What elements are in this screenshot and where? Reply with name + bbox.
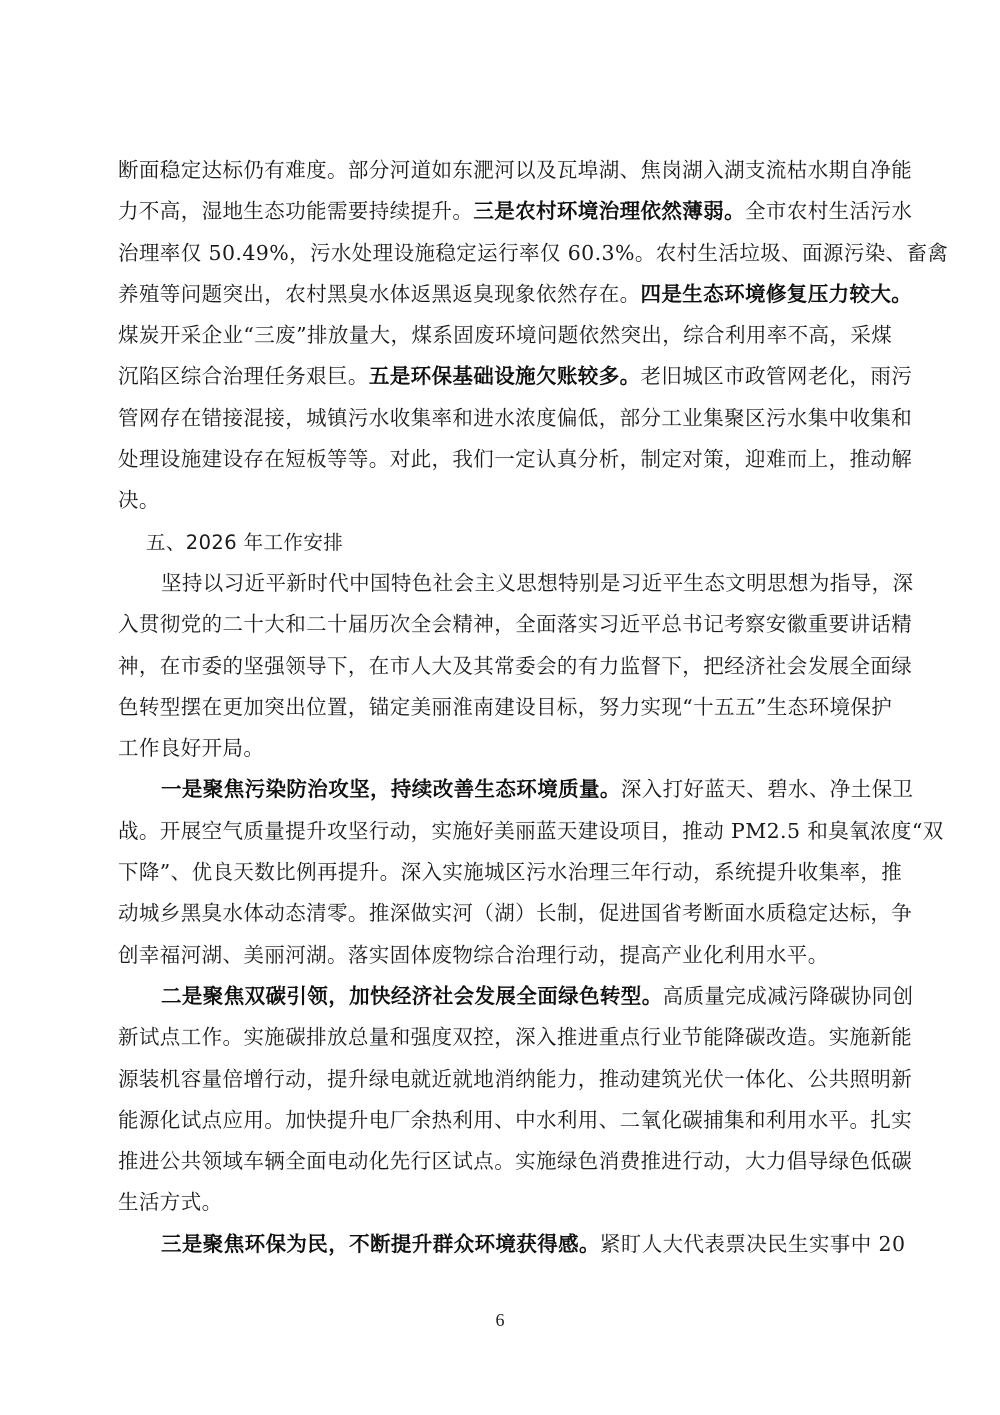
bold-lead-phrase: 四是生态环境修复压力较大。 [641, 282, 913, 306]
text-line: 管网存在错接混接，城镇污水收集率和进水浓度偏低，部分工业集聚区污水集中收集和 [118, 398, 882, 439]
text-line: 色转型摆在更加突出位置，锚定美丽淮南建设目标，努力实现“十五五”生态环境保护 [118, 687, 882, 728]
body-text: 神，在市委的坚强领导下，在市人大及其常委会的有力监督下，把经济社会发展全面绿 [118, 654, 912, 678]
bold-lead-phrase: 三是农村环境治理依然薄弱。 [473, 199, 745, 223]
body-text: 下降”、优良天数比例再提升。深入实施城区污水治理三年行动，系统提升收集率，推 [118, 860, 902, 884]
body-text: 紧盯人大代表票决民生实事中 20 [600, 1232, 906, 1256]
text-line: 入贯彻党的二十大和二十届历次全会精神，全面落实习近平总书记考察安徽重要讲话精 [118, 604, 882, 645]
body-text: 坚持以习近平新时代中国特色社会主义思想特别是习近平生态文明思想为指导，深 [161, 571, 913, 595]
body-text: 战。开展空气质量提升攻坚行动，实施好美丽蓝天建设项目，推动 PM2.5 和臭氧浓… [118, 819, 944, 843]
body-text: 管网存在错接混接，城镇污水收集率和进水浓度偏低，部分工业集聚区污水集中收集和 [118, 406, 912, 430]
body-text: 决。 [118, 488, 160, 512]
body-text: 新试点工作。实施碳排放总量和强度双控，深入推进重点行业节能降碳改造。实施新能 [118, 1025, 912, 1049]
text-line: 三是聚焦环保为民，不断提升群众环境获得感。紧盯人大代表票决民生实事中 20 [118, 1224, 882, 1265]
section-heading: 五、2026 年工作安排 [118, 522, 882, 563]
body-text: 老旧城区市政管网老化，雨污 [641, 364, 913, 388]
body-text: 源装机容量倍增行动，提升绿电就近就地消纳能力，推动建筑光伏一体化、公共照明新 [118, 1067, 912, 1091]
text-line: 源装机容量倍增行动，提升绿电就近就地消纳能力，推动建筑光伏一体化、公共照明新 [118, 1059, 882, 1100]
body-text: 创幸福河湖、美丽河湖。落实固体废物综合治理行动，提高产业化利用水平。 [118, 943, 829, 967]
text-line: 处理设施建设存在短板等等。对此，我们一定认真分析，制定对策，迎难而上，推动解 [118, 439, 882, 480]
document-page: 断面稳定达标仍有难度。部分河道如东淝河以及瓦埠湖、焦岗湖入湖支流枯水期自净能力不… [118, 150, 882, 1265]
text-line: 动城乡黑臭水体动态清零。推深做实河（湖）长制，促进国省考断面水质稳定达标，争 [118, 893, 882, 934]
body-text: 生活方式。 [118, 1190, 223, 1214]
text-line: 养殖等问题突出，农村黑臭水体返黑返臭现象依然存在。四是生态环境修复压力较大。 [118, 274, 882, 315]
body-text: 治理率仅 50.49%，污水处理设施稳定运行率仅 60.3%。农村生活垃圾、面源… [118, 241, 948, 265]
body-text: 工作良好开局。 [118, 736, 264, 760]
page-number: 6 [0, 1310, 1000, 1331]
text-line: 工作良好开局。 [118, 728, 882, 769]
text-line: 沉陷区综合治理任务艰巨。五是环保基础设施欠账较多。老旧城区市政管网老化，雨污 [118, 356, 882, 397]
body-text: 高质量完成减污降碳协同创 [663, 984, 914, 1008]
body-text: 养殖等问题突出，农村黑臭水体返黑返臭现象依然存在。 [118, 282, 641, 306]
body-text: 断面稳定达标仍有难度。部分河道如东淝河以及瓦埠湖、焦岗湖入湖支流枯水期自净能 [118, 158, 912, 182]
text-line: 坚持以习近平新时代中国特色社会主义思想特别是习近平生态文明思想为指导，深 [118, 563, 882, 604]
text-line: 二是聚焦双碳引领，加快经济社会发展全面绿色转型。高质量完成减污降碳协同创 [118, 976, 882, 1017]
text-line: 神，在市委的坚强领导下，在市人大及其常委会的有力监督下，把经济社会发展全面绿 [118, 646, 882, 687]
bold-lead-phrase: 二是聚焦双碳引领，加快经济社会发展全面绿色转型。 [161, 984, 663, 1008]
text-line: 决。 [118, 480, 882, 521]
text-line: 断面稳定达标仍有难度。部分河道如东淝河以及瓦埠湖、焦岗湖入湖支流枯水期自净能 [118, 150, 882, 191]
body-text: 处理设施建设存在短板等等。对此，我们一定认真分析，制定对策，迎难而上，推动解 [118, 447, 912, 471]
body-text: 深入打好蓝天、碧水、净土保卫 [621, 777, 914, 801]
text-line: 一是聚焦污染防治攻坚，持续改善生态环境质量。深入打好蓝天、碧水、净土保卫 [118, 769, 882, 810]
text-line: 生活方式。 [118, 1182, 882, 1223]
bold-lead-phrase: 三是聚焦环保为民，不断提升群众环境获得感。 [161, 1232, 600, 1256]
text-line: 下降”、优良天数比例再提升。深入实施城区污水治理三年行动，系统提升收集率，推 [118, 852, 882, 893]
body-text: 推进公共领域车辆全面电动化先行区试点。实施绿色消费推进行动，大力倡导绿色低碳 [118, 1149, 912, 1173]
text-line: 治理率仅 50.49%，污水处理设施稳定运行率仅 60.3%。农村生活垃圾、面源… [118, 233, 882, 274]
body-text: 力不高，湿地生态功能需要持续提升。 [118, 199, 473, 223]
body-text: 动城乡黑臭水体动态清零。推深做实河（湖）长制，促进国省考断面水质稳定达标，争 [118, 901, 912, 925]
text-line: 战。开展空气质量提升攻坚行动，实施好美丽蓝天建设项目，推动 PM2.5 和臭氧浓… [118, 811, 882, 852]
body-text: 入贯彻党的二十大和二十届历次全会精神，全面落实习近平总书记考察安徽重要讲话精 [118, 612, 912, 636]
text-line: 推进公共领域车辆全面电动化先行区试点。实施绿色消费推进行动，大力倡导绿色低碳 [118, 1141, 882, 1182]
body-text: 全市农村生活污水 [745, 199, 912, 223]
text-line: 煤炭开采企业“三废”排放量大，煤系固废环境问题依然突出，综合利用率不高，采煤 [118, 315, 882, 356]
bold-lead-phrase: 五是环保基础设施欠账较多。 [369, 364, 641, 388]
body-text: 色转型摆在更加突出位置，锚定美丽淮南建设目标，努力实现“十五五”生态环境保护 [118, 695, 892, 719]
text-line: 创幸福河湖、美丽河湖。落实固体废物综合治理行动，提高产业化利用水平。 [118, 935, 882, 976]
text-line: 新试点工作。实施碳排放总量和强度双控，深入推进重点行业节能降碳改造。实施新能 [118, 1017, 882, 1058]
text-line: 能源化试点应用。加快提升电厂余热利用、中水利用、二氧化碳捕集和利用水平。扎实 [118, 1100, 882, 1141]
text-line: 力不高，湿地生态功能需要持续提升。三是农村环境治理依然薄弱。全市农村生活污水 [118, 191, 882, 232]
body-text: 煤炭开采企业“三废”排放量大，煤系固废环境问题依然突出，综合利用率不高，采煤 [118, 323, 892, 347]
body-text: 沉陷区综合治理任务艰巨。 [118, 364, 369, 388]
bold-lead-phrase: 一是聚焦污染防治攻坚，持续改善生态环境质量。 [161, 777, 621, 801]
body-text: 能源化试点应用。加快提升电厂余热利用、中水利用、二氧化碳捕集和利用水平。扎实 [118, 1108, 912, 1132]
